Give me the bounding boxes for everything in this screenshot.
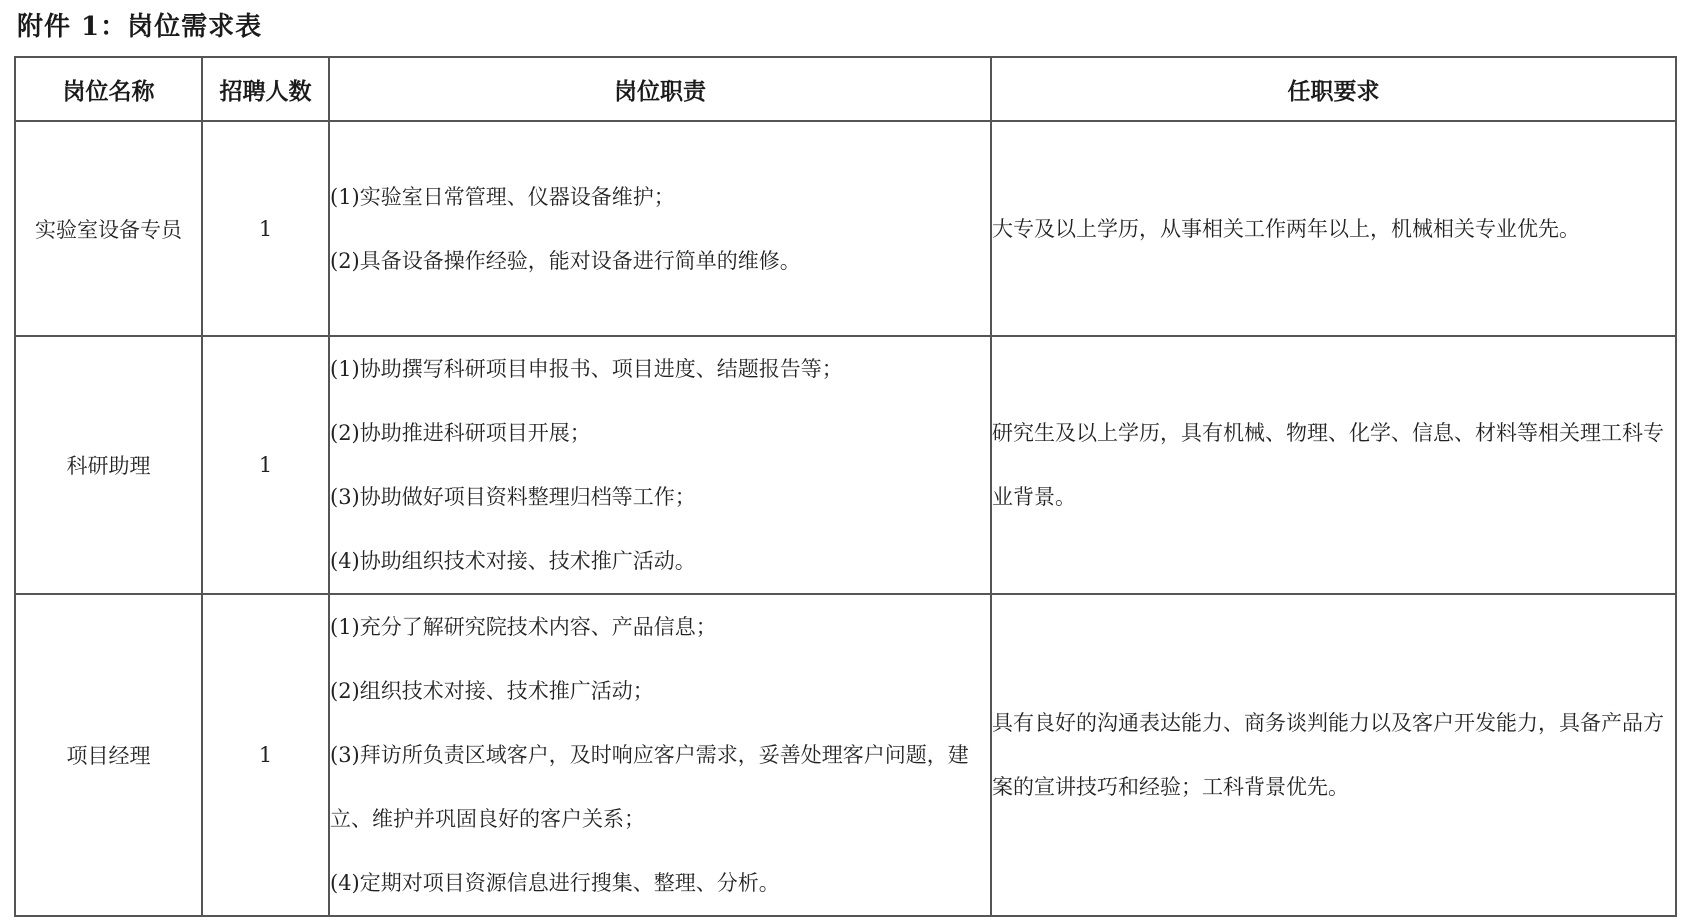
duty-item: (1)实验室日常管理、仪器设备维护； xyxy=(330,165,990,229)
table-header-row: 岗位名称 招聘人数 岗位职责 任职要求 xyxy=(15,57,1676,121)
duties-cell: (1)协助撰写科研项目申报书、项目进度、结题报告等； (2)协助推进科研项目开展… xyxy=(329,336,991,594)
header-duties: 岗位职责 xyxy=(329,57,991,121)
requirements-cell: 具有良好的沟通表达能力、商务谈判能力以及客户开发能力，具备产品方案的宣讲技巧和经… xyxy=(991,594,1676,916)
duties-cell: (1)充分了解研究院技术内容、产品信息； (2)组织技术对接、技术推广活动； (… xyxy=(329,594,991,916)
duty-item: (2)具备设备操作经验，能对设备进行简单的维修。 xyxy=(330,229,990,293)
header-hiring-count: 招聘人数 xyxy=(202,57,329,121)
requirements-cell: 大专及以上学历，从事相关工作两年以上，机械相关专业优先。 xyxy=(991,121,1676,336)
requirements-text: 具有良好的沟通表达能力、商务谈判能力以及客户开发能力，具备产品方案的宣讲技巧和经… xyxy=(992,691,1675,819)
requirements-text: 研究生及以上学历，具有机械、物理、化学、信息、材料等相关理工科专业背景。 xyxy=(992,401,1675,529)
header-requirements: 任职要求 xyxy=(991,57,1676,121)
duty-item: (1)协助撰写科研项目申报书、项目进度、结题报告等； xyxy=(330,337,990,401)
document-title: 附件 1：岗位需求表 xyxy=(17,6,262,43)
duty-item: (2)组织技术对接、技术推广活动； xyxy=(330,659,990,723)
requirements-text: 大专及以上学历，从事相关工作两年以上，机械相关专业优先。 xyxy=(992,197,1675,261)
duty-item: (2)协助推进科研项目开展； xyxy=(330,401,990,465)
duty-item: (3)拜访所负责区域客户，及时响应客户需求，妥善处理客户问题，建立、维护并巩固良… xyxy=(330,723,990,851)
table-row: 项目经理 1 (1)充分了解研究院技术内容、产品信息； (2)组织技术对接、技术… xyxy=(15,594,1676,916)
duty-item: (3)协助做好项目资料整理归档等工作； xyxy=(330,465,990,529)
hiring-count: 1 xyxy=(202,336,329,594)
job-requirements-table: 岗位名称 招聘人数 岗位职责 任职要求 实验室设备专员 1 (1)实验室日常管理… xyxy=(14,56,1677,917)
table-row: 实验室设备专员 1 (1)实验室日常管理、仪器设备维护； (2)具备设备操作经验… xyxy=(15,121,1676,336)
duty-item: (4)定期对项目资源信息进行搜集、整理、分析。 xyxy=(330,851,990,915)
duties-cell: (1)实验室日常管理、仪器设备维护； (2)具备设备操作经验，能对设备进行简单的… xyxy=(329,121,991,336)
hiring-count: 1 xyxy=(202,121,329,336)
table-row: 科研助理 1 (1)协助撰写科研项目申报书、项目进度、结题报告等； (2)协助推… xyxy=(15,336,1676,594)
duty-item: (4)协助组织技术对接、技术推广活动。 xyxy=(330,529,990,593)
position-name: 科研助理 xyxy=(15,336,202,594)
position-name: 实验室设备专员 xyxy=(15,121,202,336)
duty-item: (1)充分了解研究院技术内容、产品信息； xyxy=(330,595,990,659)
header-position-name: 岗位名称 xyxy=(15,57,202,121)
hiring-count: 1 xyxy=(202,594,329,916)
position-name: 项目经理 xyxy=(15,594,202,916)
requirements-cell: 研究生及以上学历，具有机械、物理、化学、信息、材料等相关理工科专业背景。 xyxy=(991,336,1676,594)
